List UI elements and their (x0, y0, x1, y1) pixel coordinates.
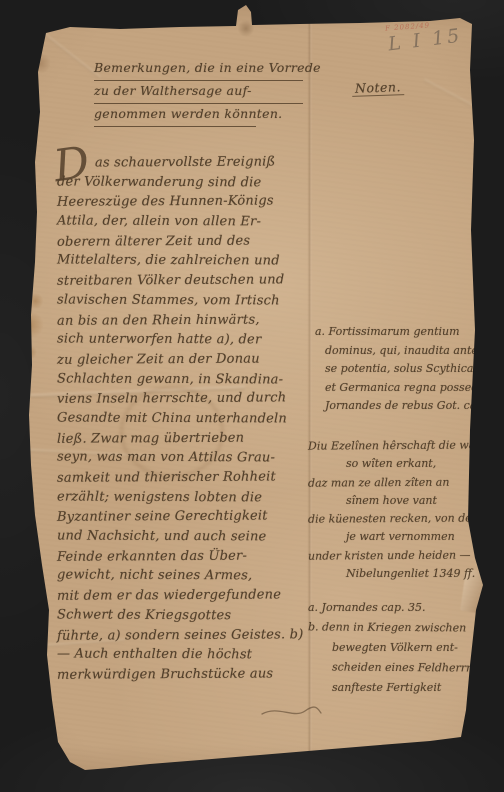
note-line: scheiden eines Feldherrn (308, 657, 494, 678)
manuscript-text-line: slavischen Stammes, vom Irtisch (57, 290, 309, 311)
title-block: Bemerkungen, die in eine Vorredezu der W… (94, 58, 303, 127)
notes-heading: Noten. (352, 79, 405, 97)
verse-line: die küenesten recken, von den (308, 510, 490, 530)
manuscript-text-line: Mittelalters, die zahlreichen und (57, 251, 309, 272)
verse-line: Diu Ezelînen hêrschaft die was (308, 436, 490, 456)
title-line: Bemerkungen, die in eine Vorrede (94, 58, 303, 81)
note-line: Jornandes de rebus Got. cap. 49. (315, 397, 487, 416)
manuscript-text-line: samkeit und thierischer Rohheit (57, 467, 309, 488)
manuscript-page: F 2082/49 L I 15 Bemerkungen, die in ein… (0, 0, 504, 792)
manuscript-text-line: ließ. Zwar mag übertrieben (57, 428, 309, 449)
manuscript-text-line: mit dem er das wiedergefundene (57, 585, 309, 606)
note-line: b. denn in Kriegen zwischen (308, 617, 494, 638)
manuscript-text-line: merkwürdigen Bruchstücke aus (57, 664, 309, 685)
verse-line: je wart vernommen (308, 528, 490, 546)
manuscript-text-line: as schauervollste Ereigniß (57, 152, 309, 173)
manuscript-text-line: Heereszüge des Hunnen-Königs (57, 192, 309, 213)
note-references: a. Jornandes cap. 35.b. denn in Kriegen … (308, 598, 494, 698)
manuscript-text-line: zu gleicher Zeit an der Donau (57, 349, 309, 370)
manuscript-text-line: Attila, der, allein von allen Er- (57, 212, 309, 233)
manuscript-text-line: viens Inseln herrschte, und durch (57, 388, 309, 409)
verse-line: sînem hove vant (308, 492, 490, 510)
manuscript-text-line: erzählt; wenigstens lobten die (57, 487, 309, 508)
manuscript-text-line: führte, a) sondern seines Geistes. b) (57, 625, 309, 646)
note-line: et Germanica regna possedit. (315, 379, 487, 398)
manuscript-text-line: Feinde erkannten das Über- (57, 546, 309, 567)
manuscript-text-line: an bis an den Rhein hinwärts, (57, 310, 309, 331)
verse-line: so wîten erkant, (308, 455, 490, 473)
note-line: a. Jornandes cap. 35. (308, 598, 494, 618)
note-line: sanfteste Fertigkeit (308, 678, 494, 698)
corner-crease (37, 28, 100, 78)
title-line: zu der Walthersage auf- (94, 81, 303, 104)
note-line: a. Fortissimarum gentium (315, 323, 487, 342)
manuscript-text-line: seyn, was man von Attilas Grau- (57, 448, 309, 469)
manuscript-text-line: Gesandte mit China unterhandeln (57, 408, 309, 429)
manuscript-text-line: streitbaren Völker deutschen und (57, 270, 309, 291)
manuscript-text-line: — Auch enthalten die höchst (57, 645, 309, 666)
note-line: bewegten Völkern ent- (308, 638, 494, 658)
manuscript-text-line: der Völkerwanderung sind die (57, 172, 309, 193)
manuscript-text-line: oberern älterer Zeit und des (57, 231, 309, 252)
manuscript-text-line: und Nachsicht, und auch seine (57, 527, 309, 548)
verse-line: Nibelungenliet 1349 ff. (308, 565, 490, 583)
note-a-latin-quote: a. Fortissimarum gentiumdominus, qui, in… (315, 323, 487, 416)
main-text-column: as schauervollste Ereignißder Völkerwand… (57, 153, 309, 685)
scan-background: F 2082/49 L I 15 Bemerkungen, die in ein… (0, 0, 504, 792)
end-flourish-mark (260, 702, 324, 722)
note-line: se potentia, solus Scythica (315, 360, 487, 379)
note-line: dominus, qui, inaudita ante (315, 342, 487, 361)
manuscript-text-line: gewicht, nicht seines Armes, (57, 566, 309, 587)
manuscript-text-line: Schwert des Kriegsgottes (57, 605, 309, 626)
nibelungenlied-verse-quote: Diu Ezelînen hêrschaft die wasso wîten e… (308, 437, 490, 583)
manuscript-text-line: Byzantiner seine Gerechtigkeit (57, 507, 309, 528)
manuscript-text-line: Schlachten gewann, in Skandina- (57, 369, 309, 390)
corner-crease (423, 79, 486, 115)
manuscript-text-line: sich unterworfen hatte a), der (57, 330, 309, 351)
verse-line: daz man ze allen zîten an (308, 473, 490, 493)
title-line: genommen werden könnten. (94, 104, 256, 127)
verse-line: under kristen unde heiden — (308, 546, 490, 566)
